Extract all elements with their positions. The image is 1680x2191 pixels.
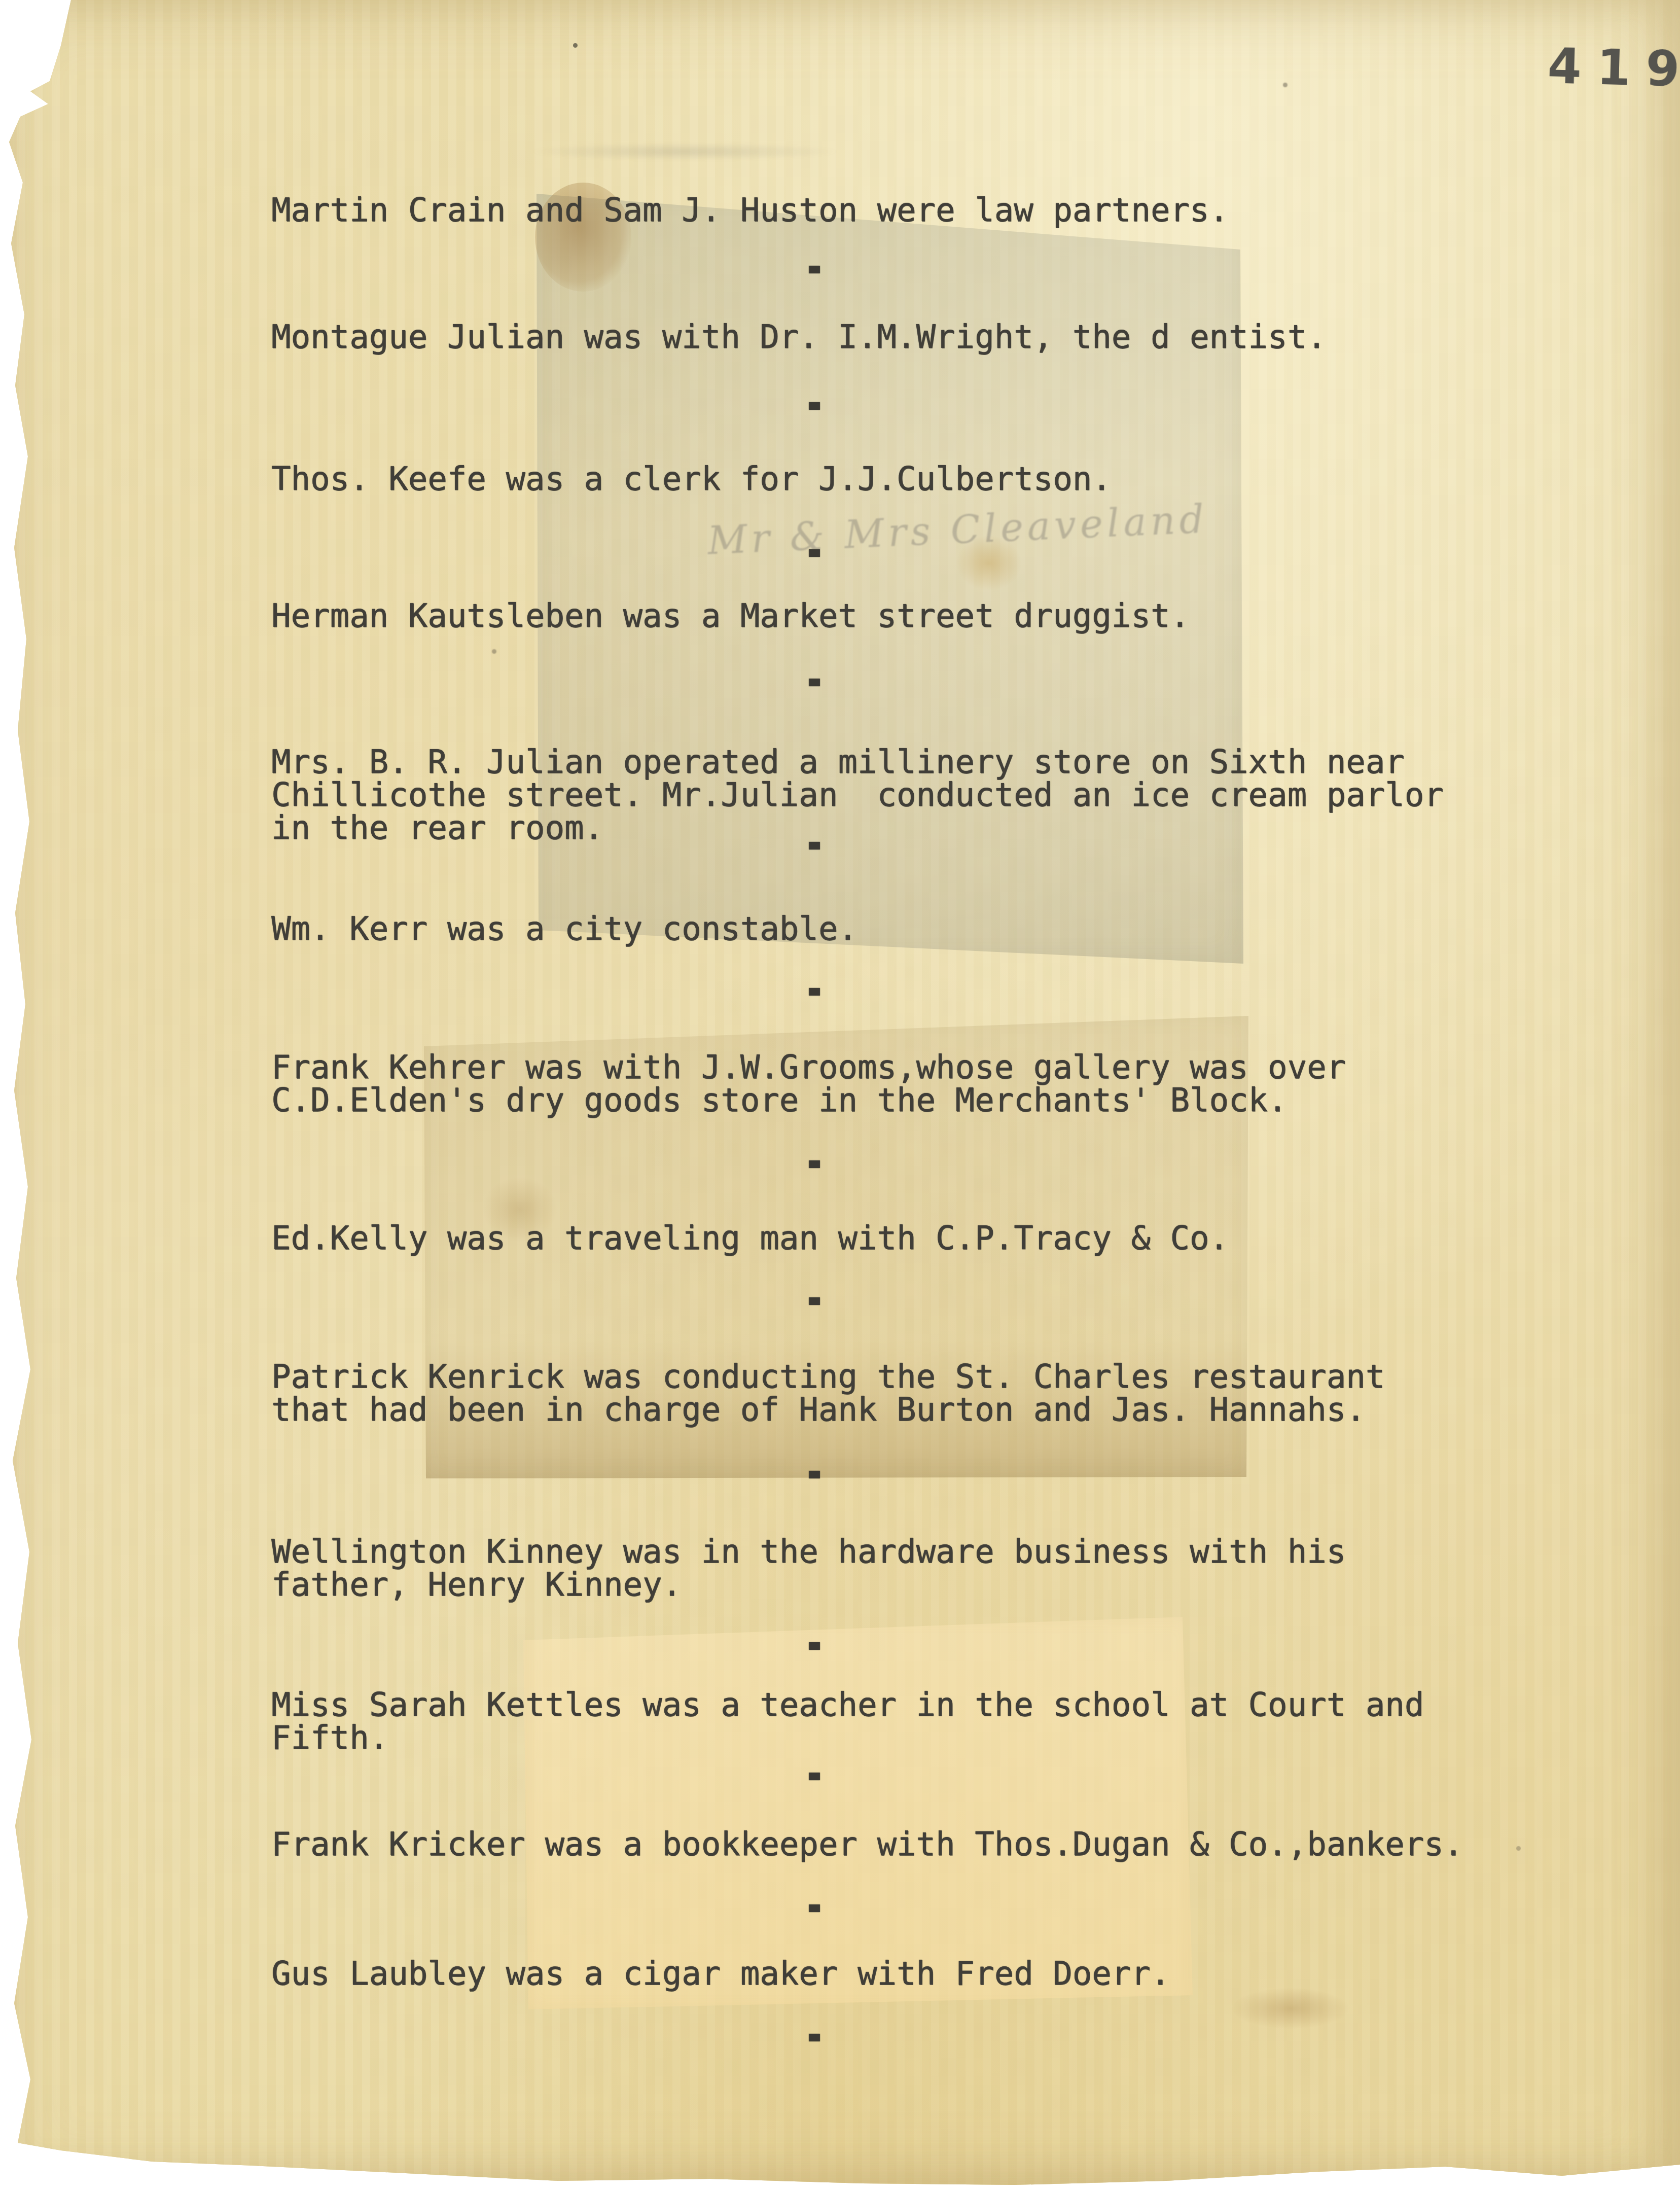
paper-specks <box>573 43 578 48</box>
typed-entry-wellington-kinney: Wellington Kinney was in the hardware bu… <box>271 1536 1346 1602</box>
scan-background: 419 Martin Crain and Sam J. Huston were … <box>0 0 1680 2191</box>
typed-entry-martin-crain: Martin Crain and Sam J. Huston were law … <box>271 194 1229 227</box>
entry-separator-dash: - <box>804 817 825 870</box>
entry-separator-dash: - <box>804 1879 825 1932</box>
entry-separator-dash: - <box>804 1747 825 1800</box>
entry-separator-dash: - <box>804 1135 825 1188</box>
entry-separator-dash: - <box>804 963 825 1016</box>
typed-entry-herman-kautsleben: Herman Kautsleben was a Market street dr… <box>271 600 1190 633</box>
typed-entry-thos-keefe: Thos. Keefe was a clerk for J.J.Culberts… <box>271 463 1112 496</box>
graphite-smudge <box>527 143 842 160</box>
pasted-clipping-show-through-bottom <box>521 1614 1196 2015</box>
typed-entry-montague-julian: Montague Julian was with Dr. I.M.Wright,… <box>271 321 1327 354</box>
entry-separator-dash: - <box>804 2008 825 2062</box>
paper-stain <box>1232 1988 1349 2029</box>
paper-sheet: 419 Martin Crain and Sam J. Huston were … <box>0 0 1680 2191</box>
entry-separator-dash: - <box>804 524 825 577</box>
page-number-handwritten: 419 <box>1547 38 1680 98</box>
typed-entry-gus-laubley: Gus Laubley was a cigar maker with Fred … <box>271 1958 1170 1991</box>
entry-separator-dash: - <box>804 1617 825 1670</box>
typed-entry-ed-kelly: Ed.Kelly was a traveling man with C.P.Tr… <box>271 1222 1229 1255</box>
typed-entry-frank-kehrer: Frank Kehrer was with J.W.Grooms,whose g… <box>271 1051 1346 1117</box>
typed-entry-mrs-julian: Mrs. B. R. Julian operated a millinery s… <box>271 746 1444 845</box>
typed-entry-wm-kerr: Wm. Kerr was a city constable. <box>271 913 857 946</box>
typed-entry-frank-kricker: Frank Kricker was a bookkeeper with Thos… <box>271 1828 1463 1861</box>
entry-separator-dash: - <box>804 377 825 430</box>
typed-entry-sarah-kettles: Miss Sarah Kettles was a teacher in the … <box>271 1689 1424 1755</box>
entry-separator-dash: - <box>804 1272 825 1325</box>
entry-separator-dash: - <box>804 240 825 294</box>
typed-entry-patrick-kenrick: Patrick Kenrick was conducting the St. C… <box>271 1361 1385 1427</box>
pasted-clipping-show-through-top <box>535 189 1245 965</box>
entry-separator-dash: - <box>804 1445 825 1499</box>
entry-separator-dash: - <box>804 653 825 706</box>
